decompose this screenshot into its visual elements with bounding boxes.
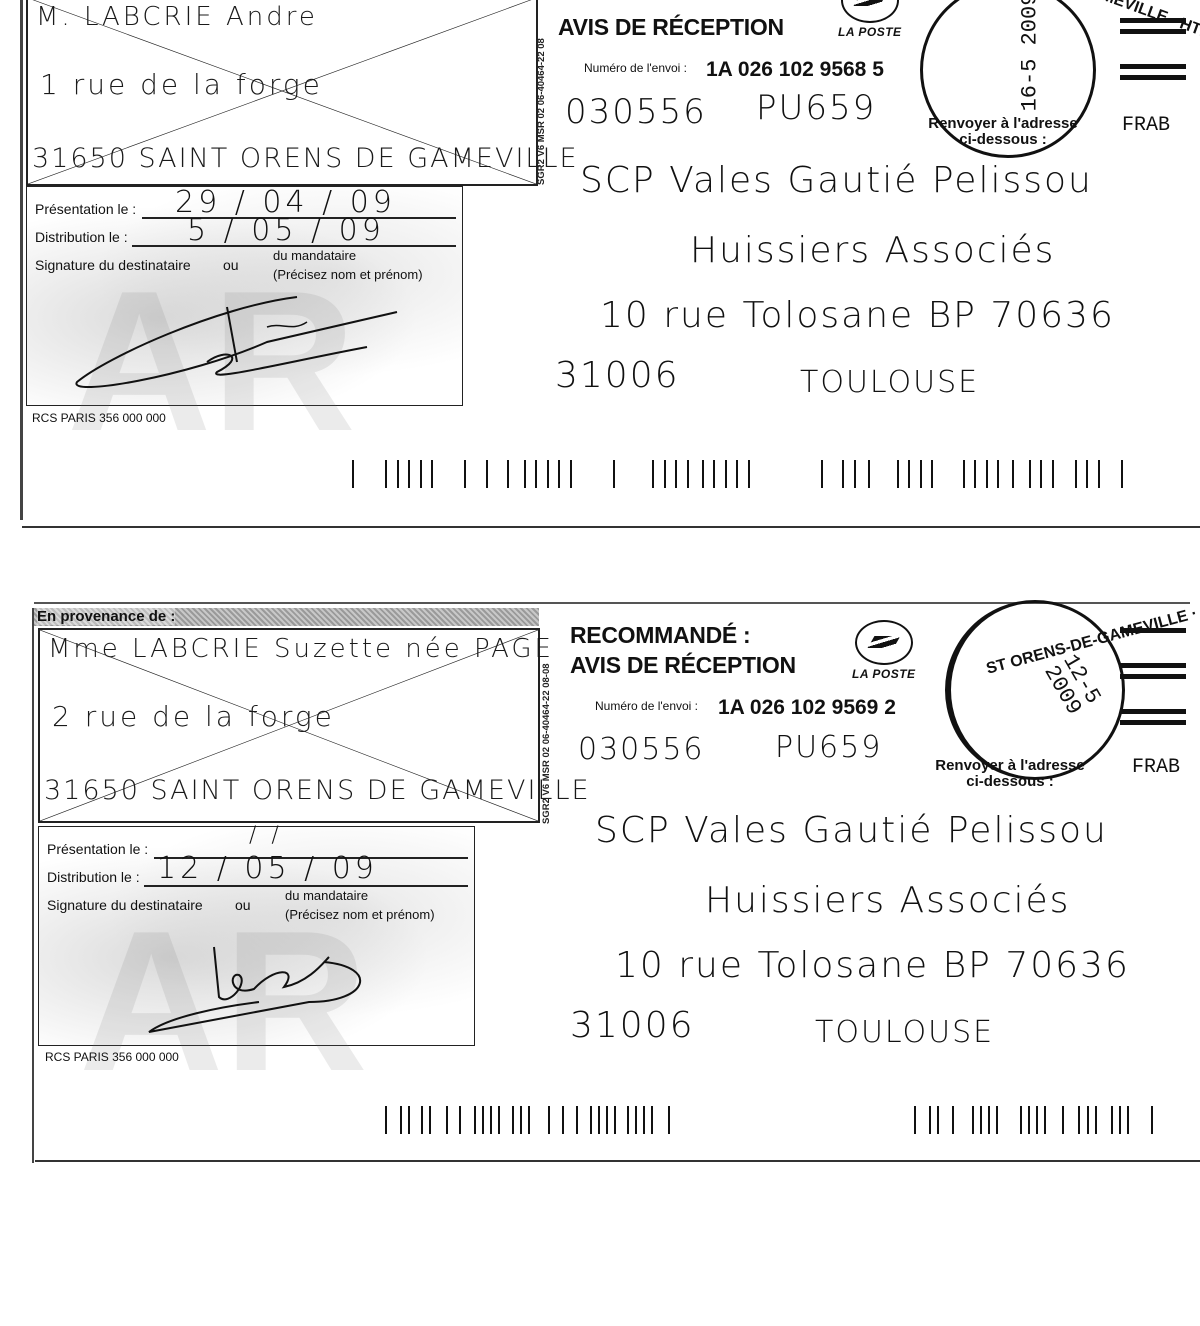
signature-scribble — [79, 927, 419, 1037]
proxy-hint: (Précisez nom et prénom) — [285, 907, 435, 922]
sender-section-label: En provenance de : — [34, 608, 539, 626]
frab-code: FRAB — [1122, 114, 1170, 137]
recipient-line-2: Huissiers Associés — [705, 880, 1070, 921]
distribution-label: Distribution le : — [35, 229, 128, 245]
form-code: SGR2 V6 MSR 02 06-40464-22 08-08 — [541, 628, 552, 824]
rcs-text: RCS PARIS 356 000 000 — [32, 411, 166, 425]
logo-text: LA POSTE — [852, 667, 916, 681]
la-poste-bird-icon — [841, 0, 899, 23]
recipient-line-1: SCP Vales Gautié Pelissou — [595, 810, 1108, 851]
delivery-box: AR Présentation le : / / Distribution le… — [38, 826, 475, 1046]
recipient-city: TOULOUSE — [800, 365, 979, 400]
proxy-label: du mandataire — [273, 248, 356, 263]
recipient-line-3: 10 rue Tolosane BP 70636 — [615, 945, 1130, 986]
or-label: ou — [235, 897, 251, 913]
barcode — [352, 460, 1132, 488]
sender-street: 2 rue de la forge — [52, 700, 335, 733]
return-note-line-1: Renvoyer à l'adresse — [908, 116, 1098, 132]
sender-address-box: Mme LABCRIE Suzette née PAGE 2 rue de la… — [38, 628, 540, 823]
presentation-label: Présentation le : — [35, 201, 136, 217]
distribution-label: Distribution le : — [47, 869, 140, 885]
postal-bars — [1120, 18, 1186, 86]
card-border-left — [20, 0, 23, 520]
rcs-text: RCS PARIS 356 000 000 — [45, 1050, 179, 1064]
presentation-date: / / — [249, 823, 283, 848]
sender-city: 31650 SAINT ORENS DE GAMEVILLE — [32, 143, 579, 174]
logo-text: LA POSTE — [838, 25, 902, 39]
form-title-line: AVIS DE RÉCEPTION — [558, 12, 784, 42]
form-title-line: RECOMMANDÉ : — [570, 620, 796, 650]
signature-label: Signature du destinataire — [47, 897, 203, 913]
recipient-city: TOULOUSE — [815, 1015, 994, 1050]
sender-address-box: M. LABCRIE Andre 1 rue de la forge 31650… — [26, 0, 538, 186]
card-border-bottom — [22, 526, 1200, 528]
presentation-label: Présentation le : — [47, 841, 148, 857]
recipient-line-2: Huissiers Associés — [690, 230, 1055, 271]
return-note-line-2: ci-dessous : — [908, 132, 1098, 148]
barcode — [385, 1106, 1160, 1134]
la-poste-bird-icon — [855, 620, 913, 665]
card-border-bottom — [35, 1160, 1200, 1162]
return-note: Renvoyer à l'adresse ci-dessous : — [915, 758, 1105, 790]
postmark-date: 16-5 2009 — [1019, 0, 1041, 111]
handwritten-ref-1: 030556 — [565, 92, 707, 132]
receipt-card-2: En provenance de : Mme LABCRIE Suzette n… — [0, 598, 1200, 1168]
card-border-left — [32, 608, 34, 1163]
tracking-number: 1A 026 102 9568 5 — [706, 58, 884, 82]
delivery-box: AR Présentation le : 29 / 04 / 09 Distri… — [26, 186, 463, 406]
postmark-stamp: ST ORENS-DE-GAMEVILLE · HTE GARONNE 12-5… — [945, 600, 1125, 780]
handwritten-ref-2: PU659 — [775, 730, 882, 765]
sender-street: 1 rue de la forge — [40, 68, 323, 101]
recipient-line-1: SCP Vales Gautié Pelissou — [580, 160, 1093, 201]
tracking-label: Numéro de l'envoi : — [595, 699, 698, 713]
frab-code: FRAB — [1132, 756, 1180, 779]
postal-bars — [1120, 628, 1186, 731]
tracking-label: Numéro de l'envoi : — [584, 61, 687, 75]
form-title-line: AVIS DE RÉCEPTION — [570, 650, 796, 680]
recipient-line-3: 10 rue Tolosane BP 70636 — [600, 295, 1115, 336]
la-poste-logo: LA POSTE — [838, 0, 902, 39]
distribution-date: 12 / 05 / 09 — [157, 851, 378, 886]
sender-section-label-text: En provenance de : — [37, 608, 175, 625]
sender-name: M. LABCRIE Andre — [36, 2, 318, 32]
signature-label: Signature du destinataire — [35, 257, 191, 273]
proxy-label: du mandataire — [285, 888, 368, 903]
tracking-number: 1A 026 102 9569 2 — [718, 696, 896, 720]
return-note-line-2: ci-dessous : — [915, 774, 1105, 790]
form-title: AVIS DE RÉCEPTION — [558, 12, 784, 42]
return-note-line-1: Renvoyer à l'adresse — [915, 758, 1105, 774]
recipient-postcode: 31006 — [555, 355, 680, 396]
proxy-hint: (Précisez nom et prénom) — [273, 267, 423, 282]
return-note: Renvoyer à l'adresse ci-dessous : — [908, 116, 1098, 148]
signature-scribble — [67, 287, 407, 397]
handwritten-ref-2: PU659 — [756, 88, 876, 128]
distribution-date: 5 / 05 / 09 — [187, 213, 385, 248]
form-code: SGR2 V6 MSR 02 06-40464-22 08 — [536, 5, 547, 185]
la-poste-logo: LA POSTE — [852, 620, 916, 681]
or-label: ou — [223, 257, 239, 273]
sender-name: Mme LABCRIE Suzette née PAGE — [48, 634, 554, 664]
form-title: RECOMMANDÉ : AVIS DE RÉCEPTION — [570, 620, 796, 680]
receipt-card-1: M. LABCRIE Andre 1 rue de la forge 31650… — [0, 0, 1200, 530]
handwritten-ref-1: 030556 — [578, 732, 705, 767]
recipient-postcode: 31006 — [570, 1005, 695, 1046]
sender-city: 31650 SAINT ORENS DE GAMEVILLE — [44, 775, 591, 806]
